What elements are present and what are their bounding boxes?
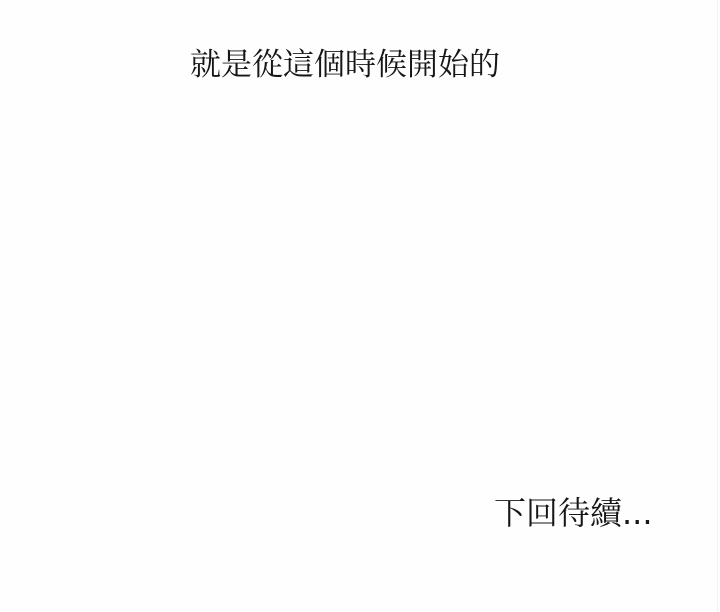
narration-caption: 就是從這個時候開始的 [190, 45, 535, 85]
comic-panel: 就是從這個時候開始的 下回待續... [0, 0, 720, 612]
to-be-continued-caption: 下回待續... [494, 493, 653, 533]
panel-edge-divider [717, 0, 718, 612]
